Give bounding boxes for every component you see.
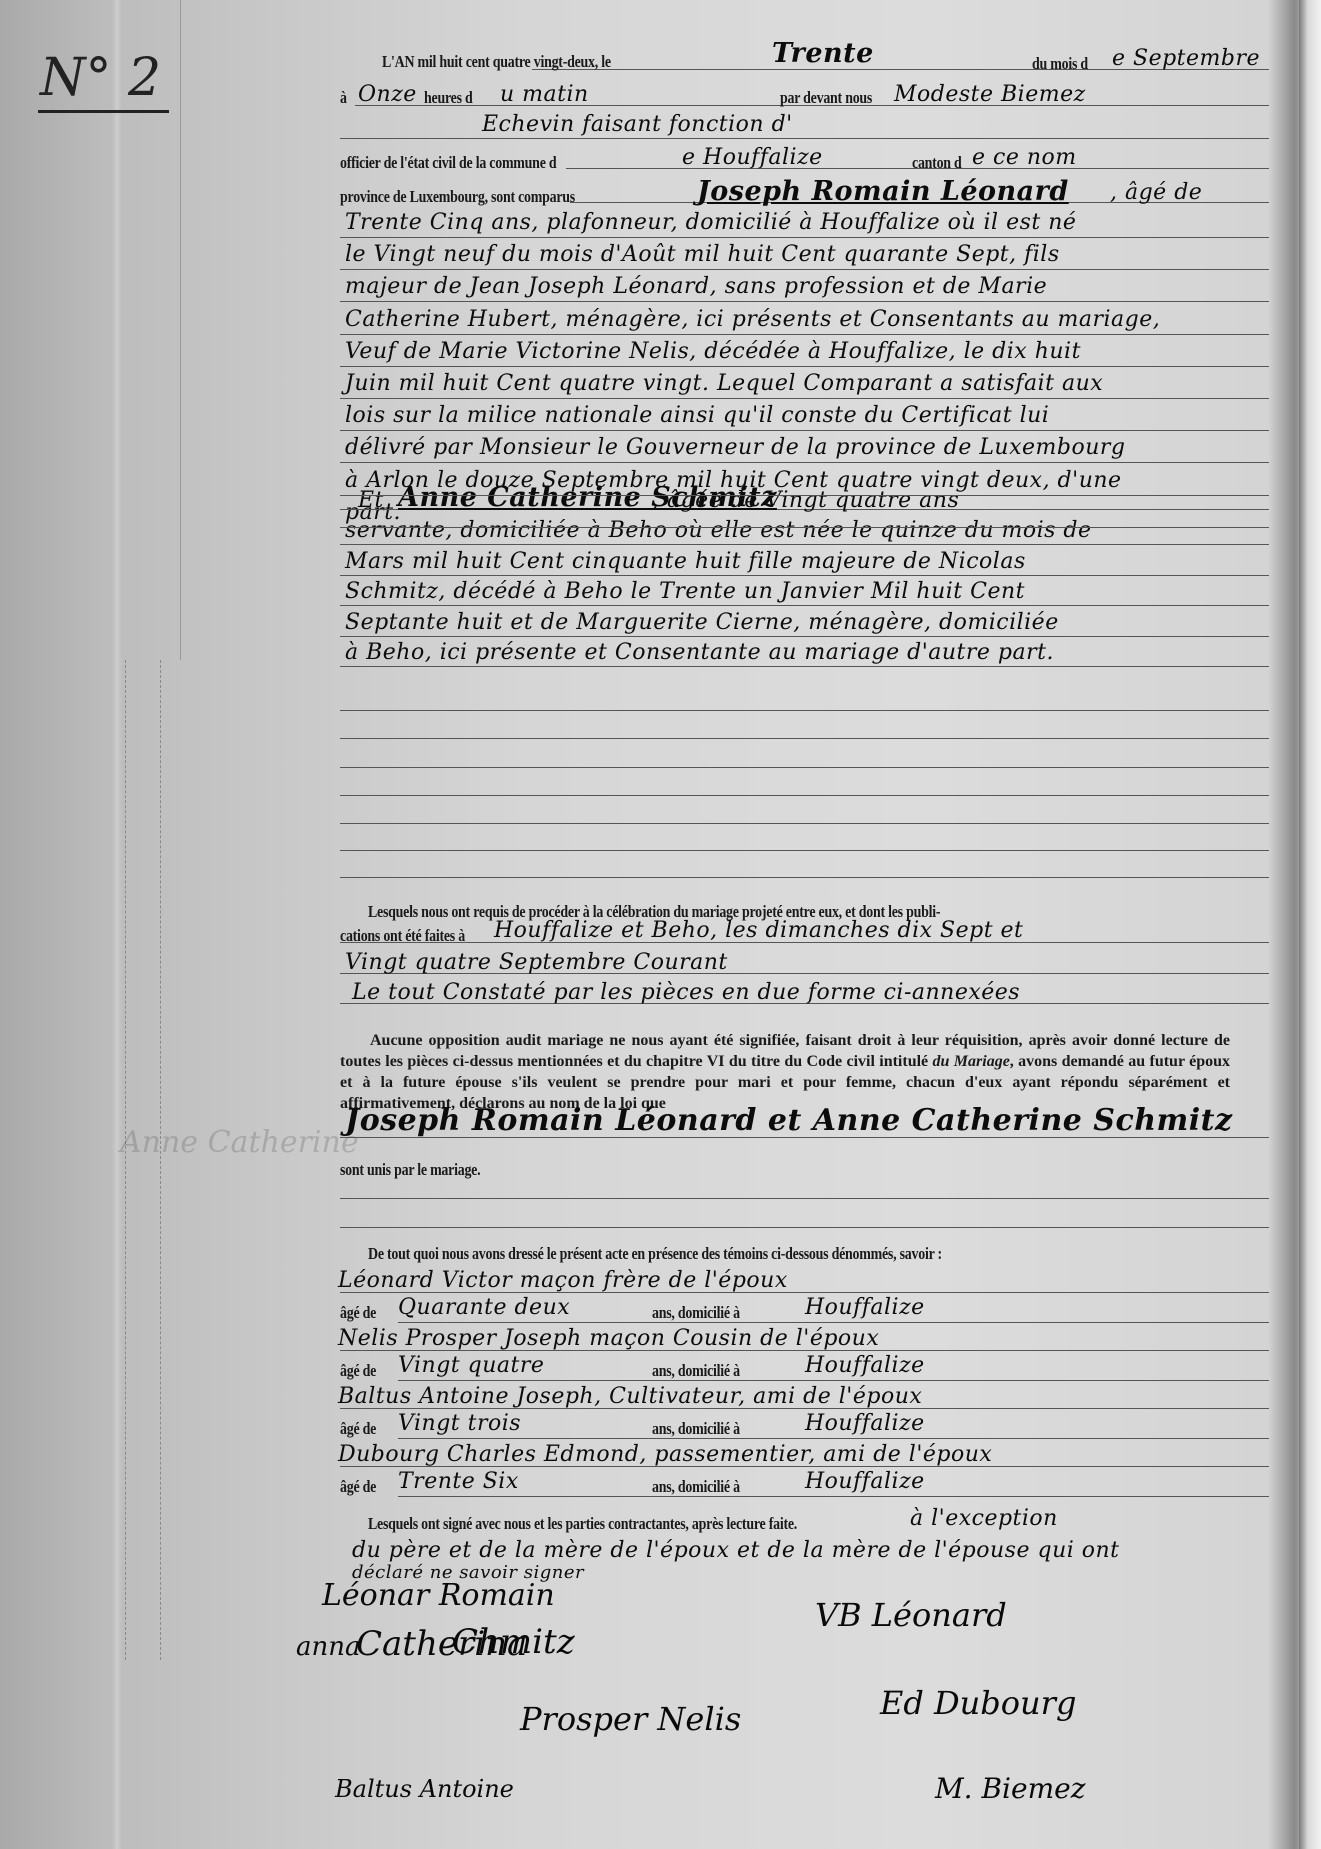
hw-publications-1: Houffalize et Beho, les dimanches dix Se…: [494, 918, 1023, 943]
witness-town: Houffalize: [805, 1353, 925, 1378]
print-witness-intro: De tout quoi nous avons dressé le présen…: [368, 1244, 942, 1264]
witness-town: Houffalize: [805, 1469, 925, 1494]
hw-publications-2: Vingt quatre Septembre Courant: [345, 950, 728, 975]
ruled-line: [340, 877, 1269, 878]
signature-witness-nelis: Prosper Nelis: [520, 1700, 741, 1738]
bride-line: Schmitz, décédé à Beho le Trente un Janv…: [345, 579, 1025, 604]
witness-name: Baltus Antoine Joseph, Cultivateur, ami …: [338, 1384, 922, 1409]
groom-line: lois sur la milice nationale ainsi qu'il…: [345, 403, 1049, 428]
ruled-line: [340, 636, 1269, 637]
ruled-line: [398, 1438, 1269, 1439]
pencil-margin-line: [160, 660, 161, 1660]
witness-age: Vingt quatre: [398, 1353, 544, 1378]
ruled-line: [340, 666, 1269, 667]
hw-couple: Joseph Romain Léonard et Anne Catherine …: [345, 1103, 1233, 1138]
ruled-line: [340, 527, 1269, 528]
witness-age: Trente Six: [398, 1469, 519, 1494]
print-unis: sont unis par le mariage.: [340, 1160, 480, 1180]
signature-officer: M. Biemez: [935, 1772, 1085, 1805]
groom-line: le Vingt neuf du mois d'Août mil huit Ce…: [345, 242, 1060, 267]
print-age-label: âgé de: [340, 1361, 376, 1381]
ruled-line: [340, 366, 1269, 367]
ruled-line: [340, 237, 1269, 238]
witness-age: Quarante deux: [398, 1295, 570, 1320]
print-year: L'AN mil huit cent quatre vingt-deux, le: [382, 52, 611, 72]
ruled-line: [340, 575, 1269, 576]
ruled-line: [340, 710, 1269, 711]
hw-hour: Onze: [358, 82, 417, 107]
ruled-line: [340, 1227, 1269, 1228]
ruled-line: [398, 1380, 1269, 1381]
hw-time: u matin: [500, 82, 589, 107]
print-province: province de Luxembourg, sont comparus: [340, 187, 575, 207]
groom-line: Trente Cinq ans, plafonneur, domicilié à…: [345, 210, 1076, 235]
print-month: du mois d: [1032, 54, 1088, 74]
bride-line: Septante huit et de Marguerite Cierne, m…: [345, 610, 1059, 635]
ruled-line: [340, 738, 1269, 739]
print-ans-label: ans, domicilié à: [652, 1303, 740, 1323]
signature-groom: Léonar Romain: [322, 1578, 555, 1613]
ruled-line: [340, 269, 1269, 270]
ruled-line: [340, 1198, 1269, 1199]
witness-town: Houffalize: [805, 1295, 925, 1320]
ruled-line: [340, 301, 1269, 302]
hw-groom-tail: , âgé de: [1110, 180, 1202, 205]
hw-closing-1: à l'exception: [910, 1506, 1058, 1531]
ruled-line: [340, 605, 1269, 606]
declaration-paragraph: Aucune opposition audit mariage ne nous …: [340, 1030, 1230, 1114]
bride-line: servante, domiciliée à Beho où elle est …: [345, 518, 1092, 543]
ruled-line: [340, 850, 1269, 851]
ruled-line: [340, 795, 1269, 796]
hw-publications-3: Le tout Constaté par les pièces en due f…: [352, 980, 1020, 1005]
ruled-line: [340, 398, 1269, 399]
bride-line: à Beho, ici présente et Consentante au m…: [345, 640, 1054, 665]
hw-commune: e Houffalize: [682, 145, 823, 170]
witness-name: Nelis Prosper Joseph maçon Cousin de l'é…: [338, 1326, 879, 1351]
print-heures: heures d: [424, 88, 473, 108]
groom-line: délivré par Monsieur le Gouverneur de la…: [345, 435, 1126, 460]
signature-witness-leonard: VB Léonard: [815, 1596, 1007, 1634]
hw-bride-first: , âgée de Vingt quatre ans: [652, 488, 959, 513]
bride-line: Mars mil huit Cent cinquante huit fille …: [345, 549, 1026, 574]
ruled-line: [340, 1466, 1269, 1467]
print-ans-label: ans, domicilié à: [652, 1419, 740, 1439]
print-cations: cations ont été faites à: [340, 926, 465, 946]
act-number: N° 2: [38, 52, 169, 113]
hw-closing-2: du père et de la mère de l'époux et de l…: [352, 1538, 1120, 1563]
ruled-line: [340, 430, 1269, 431]
print-ans-label: ans, domicilié à: [652, 1477, 740, 1497]
print-closing: Lesquels ont signé avec nous et les part…: [368, 1514, 797, 1534]
print-a: à: [340, 88, 347, 108]
hw-groom-name: Joseph Romain Léonard: [697, 176, 1069, 207]
hw-month: e Septembre: [1112, 46, 1260, 71]
ruled-line: [340, 334, 1269, 335]
groom-line: majeur de Jean Joseph Léonard, sans prof…: [345, 274, 1047, 299]
ruled-line: [340, 544, 1269, 545]
ruled-line: [340, 1408, 1269, 1409]
du-mariage: du Mariage: [933, 1053, 1010, 1070]
groom-line: Catherine Hubert, ménagère, ici présents…: [345, 307, 1160, 332]
print-age-label: âgé de: [340, 1419, 376, 1439]
print-ans-label: ans, domicilié à: [652, 1361, 740, 1381]
ruled-line: [398, 1496, 1269, 1497]
signature-witness-dubourg: Ed Dubourg: [880, 1684, 1076, 1722]
witness-name: Dubourg Charles Edmond, passementier, am…: [338, 1442, 992, 1467]
ruled-line: [340, 495, 1269, 496]
signature-witness-baltus: Baltus Antoine: [335, 1775, 514, 1803]
print-devant: par devant nous: [780, 88, 872, 108]
witness-age: Vingt trois: [398, 1411, 521, 1436]
page-edge: [1299, 0, 1321, 1849]
hw-officer: Modeste Biemez: [894, 82, 1086, 107]
hw-bride-prefix: Et: [358, 488, 384, 513]
margin-fold: [112, 0, 122, 1849]
ruled-line: [340, 1292, 1269, 1293]
ruled-line: [340, 462, 1269, 463]
print-age-label: âgé de: [340, 1477, 376, 1497]
bleed-through-text: Anne Catherine: [120, 1125, 359, 1160]
print-canton: canton d: [912, 153, 962, 173]
print-age-label: âgé de: [340, 1303, 376, 1323]
groom-line: Veuf de Marie Victorine Nelis, décédée à…: [345, 339, 1081, 364]
pencil-margin-line: [125, 660, 126, 1660]
ruled-line: [340, 767, 1269, 768]
print-officier: officier de l'état civil de la commune d: [340, 153, 556, 173]
witness-name: Léonard Victor maçon frère de l'époux: [338, 1268, 788, 1293]
witness-town: Houffalize: [805, 1411, 925, 1436]
ruled-line: [398, 1322, 1269, 1323]
hw-canton: e ce nom: [972, 145, 1077, 170]
hw-day: Trente: [772, 38, 874, 69]
signature-bride-1: anna: [296, 1632, 361, 1662]
ruled-line: [340, 1350, 1269, 1351]
ruled-line: [340, 823, 1269, 824]
pencil-margin-line: [180, 0, 181, 660]
ruled-line: [340, 138, 1269, 139]
signature-bride-3: Chmitz: [452, 1622, 575, 1662]
hw-role: Echevin faisant fonction d': [482, 112, 793, 137]
groom-line: Juin mil huit Cent quatre vingt. Lequel …: [345, 371, 1103, 396]
